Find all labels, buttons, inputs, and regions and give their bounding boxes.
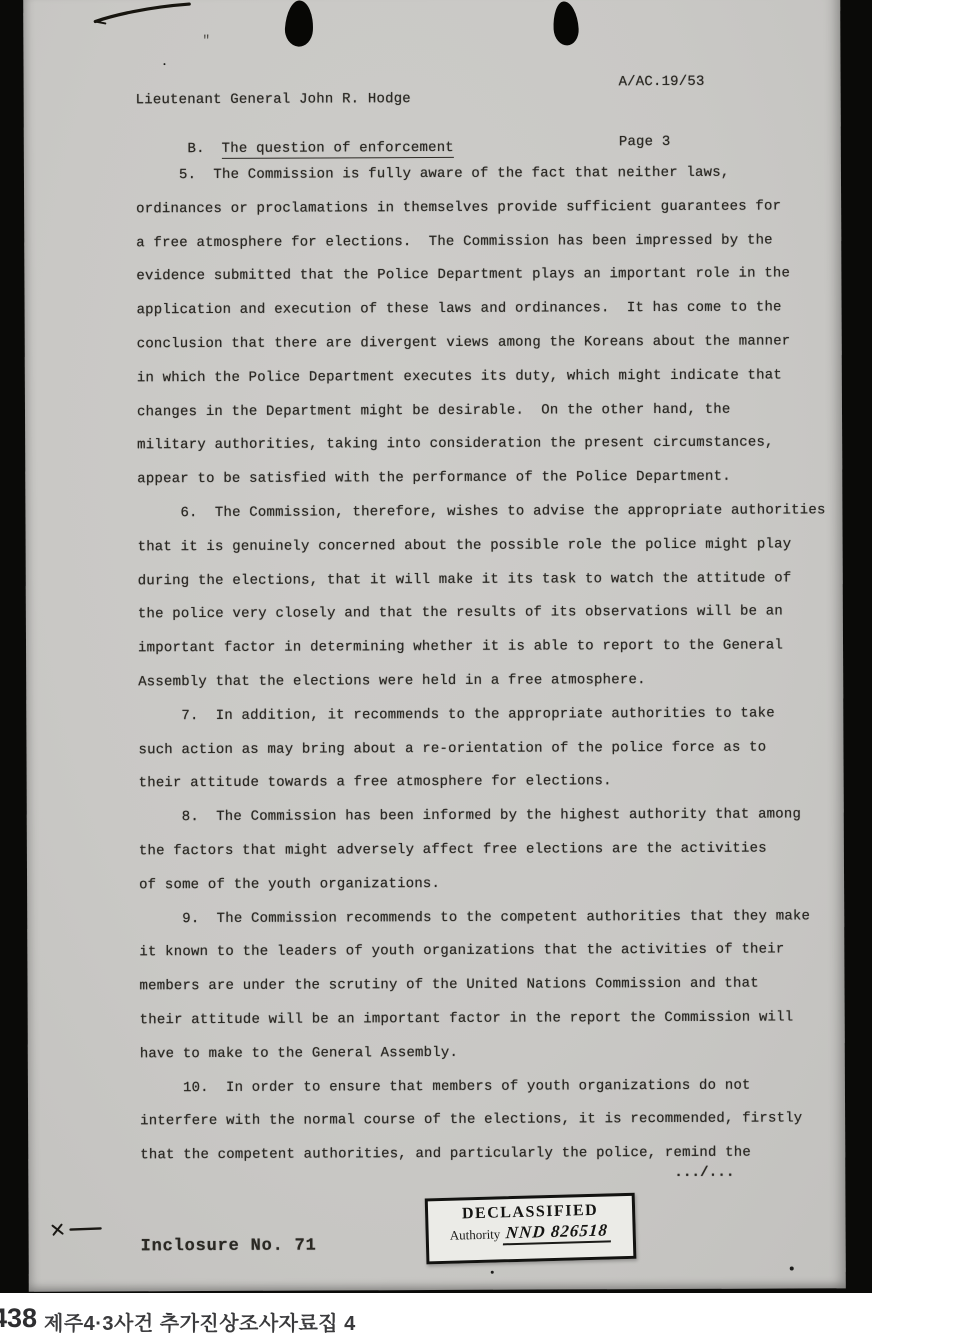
paper-speck (790, 1266, 794, 1270)
typed-line: during the elections, that it will make … (138, 562, 843, 599)
typed-line: evidence submitted that the Police Depar… (136, 258, 841, 295)
typed-line: 6. The Commission, therefore, wishes to … (137, 494, 842, 531)
typed-line: 10. In order to ensure that members of y… (140, 1069, 845, 1106)
typed-line: changes in the Department might be desir… (137, 393, 842, 430)
scanned-photo: " A/AC.19/53 Page 3 Lieutenant General J… (0, 0, 872, 1293)
pen-stroke-mark (91, 0, 201, 27)
typed-line: the factors that might adversely affect … (139, 832, 844, 869)
typed-line: military authorities, taking into consid… (137, 427, 842, 464)
typed-line: application and execution of these laws … (136, 291, 841, 328)
stamp-authority-label: Authority (450, 1226, 501, 1242)
typed-line: ordinances or proclamations in themselve… (136, 190, 841, 227)
typed-line: have to make to the General Assembly. (140, 1035, 845, 1072)
paper-speck (163, 63, 165, 65)
typed-line: important factor in determining whether … (138, 629, 843, 666)
addressee-line: Lieutenant General John R. Hodge (136, 91, 411, 108)
typed-line: their attitude will be an important fact… (140, 1001, 845, 1038)
typed-line: that the competent authorities, and part… (140, 1136, 845, 1173)
punch-hole-right (552, 1, 579, 46)
continuation-marker: .../... (674, 1165, 734, 1181)
inclosure-label: Inclosure No. 71 (141, 1237, 317, 1257)
section-label: B. (187, 141, 204, 157)
stray-quote-mark: " (202, 33, 210, 48)
typed-line: in which the Police Department executes … (137, 359, 842, 396)
pen-check-mark (49, 1221, 119, 1239)
stamp-authority-line: Authority NND 826518 (428, 1220, 633, 1248)
typed-line: a free atmosphere for elections. The Com… (136, 224, 841, 261)
typed-line: 9. The Commission recommends to the comp… (139, 900, 844, 937)
declassified-stamp: DECLASSIFIED Authority NND 826518 (425, 1193, 637, 1265)
typed-line: such action as may bring about a re-orie… (138, 731, 843, 768)
typed-line: the police very closely and that the res… (138, 596, 843, 633)
typed-line: it known to the leaders of youth organiz… (139, 934, 844, 971)
page-number-label: Page 3 (619, 132, 705, 152)
body-text: 5. The Commission is fully aware of the … (136, 156, 845, 1173)
punch-hole-left (284, 0, 315, 47)
section-title: The question of enforcement (222, 140, 454, 159)
typed-line: 5. The Commission is fully aware of the … (136, 156, 841, 193)
document-page: " A/AC.19/53 Page 3 Lieutenant General J… (23, 0, 846, 1292)
typed-line: of some of the youth organizations. (139, 866, 844, 903)
document-reference: A/AC.19/53 (619, 72, 705, 92)
typed-line: their attitude towards a free atmosphere… (139, 765, 844, 802)
typed-line: Assembly that the elections were held in… (138, 663, 843, 700)
typed-line: members are under the scrutiny of the Un… (139, 967, 844, 1004)
typed-line: that it is genuinely concerned about the… (138, 528, 843, 565)
typed-line: interfere with the normal course of the … (140, 1103, 845, 1140)
book-page-number: 438 (0, 1303, 37, 1334)
paper-speck (491, 1271, 494, 1274)
typed-line: appear to be satisfied with the performa… (137, 460, 842, 497)
book-footer: 438 제주4·3사건 추가진상조사자료집 4 (0, 1293, 976, 1336)
typed-line: conclusion that there are divergent view… (137, 325, 842, 362)
stamp-authority-value: NND 826518 (503, 1220, 613, 1245)
typed-line: 8. The Commission has been informed by t… (139, 798, 844, 835)
typed-line: 7. In addition, it recommends to the app… (138, 697, 843, 734)
book-caption: 제주4·3사건 추가진상조사자료집 4 (44, 1307, 356, 1336)
